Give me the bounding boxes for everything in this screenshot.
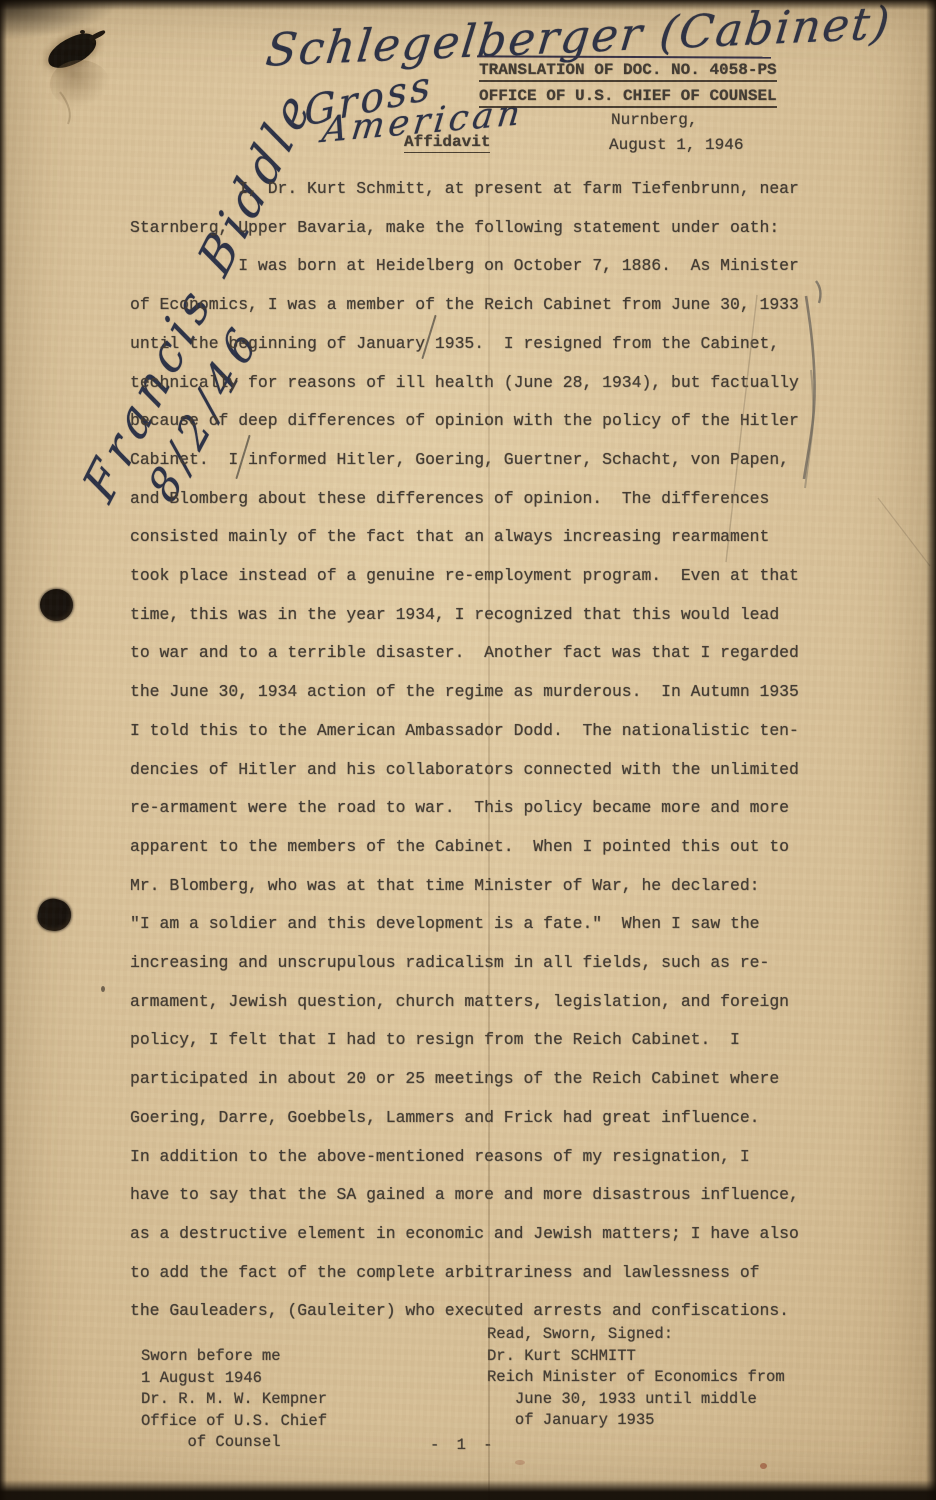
header-doc-number: TRANSLATION OF DOC. NO. 4058-PS: [479, 61, 777, 82]
pencil-margin-line: [804, 296, 815, 479]
header-place: Nurnberg,: [611, 111, 697, 129]
scan-edge-right: [926, 0, 936, 1500]
paper-speck-2: [760, 1463, 767, 1469]
paper-sheet: Schlegelberger (Cabinet) Gross American …: [0, 0, 936, 1500]
affidavit-body-text: I, Dr. Kurt Schmitt, at present at farm …: [130, 170, 799, 1331]
document-title: Affidavit: [404, 133, 490, 153]
vertical-fold-crease: [488, 0, 490, 1500]
ink-blot-tail: [88, 29, 106, 42]
ink-smudge: [50, 60, 110, 108]
crease-diagonal-2: [878, 498, 930, 566]
notary-block: Sworn before me 1 August 1946 Dr. R. M. …: [141, 1346, 327, 1454]
ink-dot-1: [80, 30, 85, 34]
ink-dot-2: [92, 40, 96, 43]
page-number: - 1 -: [430, 1436, 497, 1454]
hole-punch-top: [40, 589, 73, 621]
document-scan: Schlegelberger (Cabinet) Gross American …: [0, 0, 936, 1500]
paper-speck-1: [101, 986, 105, 992]
header-office: OFFICE OF U.S. CHIEF OF COUNSEL: [479, 87, 777, 108]
pencil-margin-line-2: [805, 370, 813, 488]
header-date: August 1, 1946: [609, 136, 743, 154]
hole-punch-bottom: [35, 896, 74, 934]
paper-speck-3: [515, 1460, 525, 1465]
scan-edge-bottom: [0, 1480, 936, 1500]
pencil-bracket-small: [816, 281, 820, 303]
scan-edge-left: [0, 0, 7, 1500]
signature-block: Read, Sworn, Signed: Dr. Kurt SCHMITT Re…: [487, 1324, 785, 1432]
